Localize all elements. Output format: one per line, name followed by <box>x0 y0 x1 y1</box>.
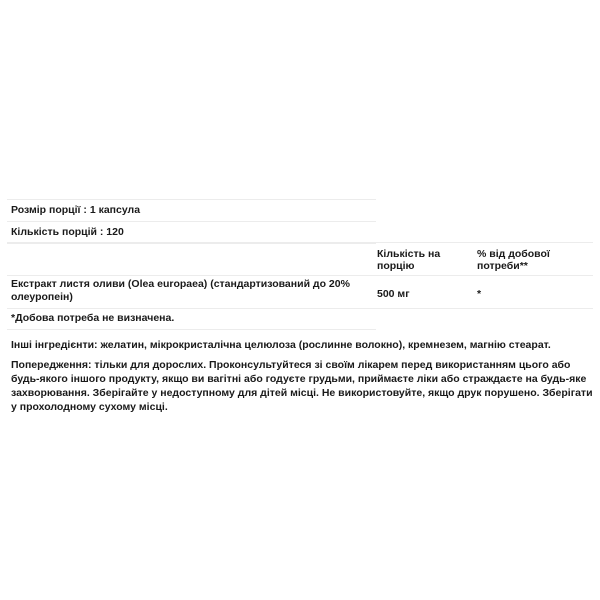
header-name <box>7 243 367 275</box>
ingredient-daily-value: * <box>467 276 593 308</box>
serving-info-table: Розмір порції : 1 капсула Кількість порц… <box>7 199 376 244</box>
supplement-facts-table: Кількість на порцію % від добової потреб… <box>7 242 593 309</box>
ingredient-name: Екстракт листя оливи (Olea europaea) (ст… <box>7 276 367 308</box>
ingredient-amount: 500 мг <box>367 276 467 308</box>
serving-size: Розмір порції : 1 капсула <box>7 200 376 222</box>
daily-value-footnote: *Добова потреба не визначена. <box>7 308 376 330</box>
other-ingredients: Інші інгредієнти: желатин, мікрокристалі… <box>7 338 597 352</box>
header-daily-value: % від добової потреби** <box>467 243 593 275</box>
warning-text: Попередження: тільки для дорослих. Проко… <box>7 358 597 414</box>
servings-count: Кількість порцій : 120 <box>7 222 376 244</box>
table-row: Екстракт листя оливи (Olea europaea) (ст… <box>7 276 593 309</box>
table-header-row: Кількість на порцію % від добової потреб… <box>7 243 593 276</box>
footnote-table: *Добова потреба не визначена. <box>7 308 376 330</box>
header-amount: Кількість на порцію <box>367 243 467 275</box>
